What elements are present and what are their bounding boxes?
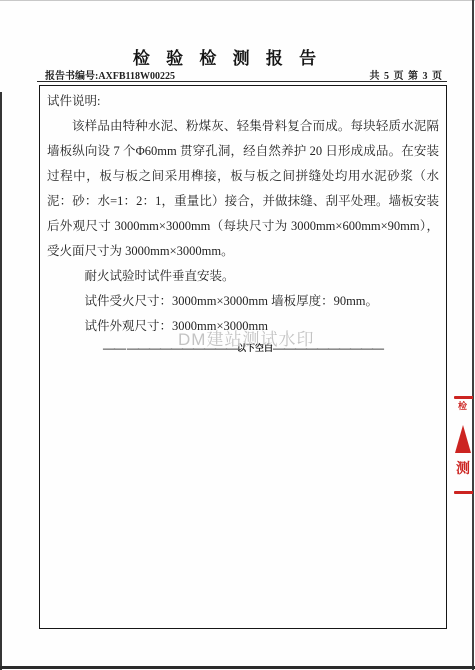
specimen-description-box: 试件说明: 该样品由特种水泥、粉煤灰、轻集骨料复合而成。每块轻质水泥隔墙板纵向设… <box>39 85 447 629</box>
page-edge-top <box>0 0 475 1</box>
stamp-bar-top <box>454 396 473 399</box>
report-number: 报告书编号:AXFB118W00225 <box>45 67 175 82</box>
stamp-top-character: 检 <box>457 401 467 410</box>
section-label: 试件说明: <box>47 89 439 114</box>
report-title: 检 验 检 测 报 告 <box>0 44 455 69</box>
page-edge-bottom <box>0 666 475 669</box>
stamp-bar-bottom <box>454 491 473 494</box>
install-orientation-line: 耐火试验时试件垂直安装。 <box>47 264 439 289</box>
fire-exposed-size-line: 试件受火尺寸：3000mm×3000mm 墙板厚度：90mm。 <box>47 289 439 314</box>
stamp-arrow-icon <box>455 425 471 453</box>
page-number-info: 共 5 页 第 3 页 <box>370 67 444 82</box>
page-edge-left <box>0 92 2 670</box>
report-page: 检 验 检 测 报 告 报告书编号:AXFB118W00225 共 5 页 第 … <box>0 0 475 670</box>
report-meta-row: 报告书编号:AXFB118W00225 共 5 页 第 3 页 <box>45 67 443 82</box>
stamp-bottom-character: 测 <box>456 458 470 478</box>
specimen-paragraph: 该样品由特种水泥、粉煤灰、轻集骨料复合而成。每块轻质水泥隔墙板纵向设 7 个Φ6… <box>47 114 439 264</box>
header-rule <box>37 81 447 82</box>
watermark-text: DM建站测试水印 <box>178 325 314 350</box>
page-edge-right <box>472 0 474 670</box>
red-seal-stamp: 检 测 <box>453 392 473 500</box>
